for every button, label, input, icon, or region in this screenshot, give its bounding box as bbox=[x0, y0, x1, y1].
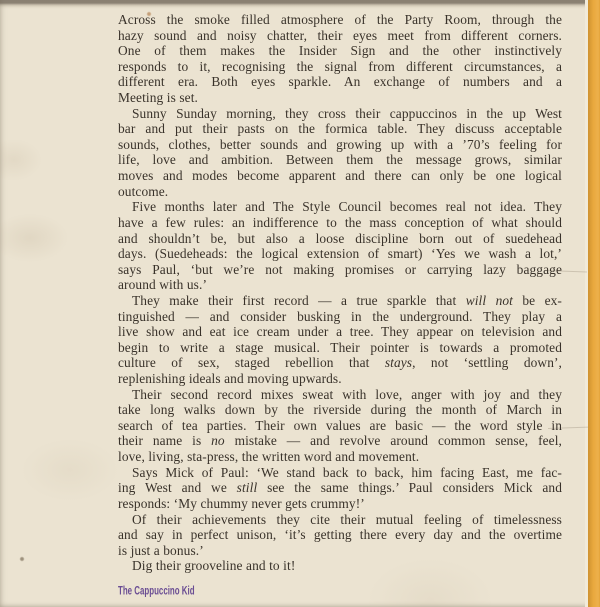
signature: The Cappuccino Kid bbox=[118, 585, 195, 598]
text-line: One of them makes the Insider Sign and t… bbox=[118, 43, 562, 59]
paragraph: Their second record mixes sweat with lov… bbox=[118, 387, 562, 465]
top-edge-shadow bbox=[0, 0, 600, 9]
text-line: responds to it, recognising the signal f… bbox=[118, 59, 562, 75]
text-line: take long walks down by the riverside du… bbox=[118, 402, 562, 418]
text-line: culture of sex, staged rebellion that st… bbox=[118, 355, 562, 371]
text-line: and shouldn’t be, but also a loose disci… bbox=[118, 231, 562, 247]
text-line: They make their first record — a true sp… bbox=[118, 293, 562, 309]
text-line: Sunny Sunday morning, they cross their c… bbox=[118, 106, 562, 122]
text-line: love, living, sta-press, the written wor… bbox=[118, 449, 562, 465]
record-sleeve-scan: Across the smoke filled atmosphere of th… bbox=[0, 0, 600, 607]
text-line: Five months later and The Style Council … bbox=[118, 199, 562, 215]
text-line: says Paul, ‘but we’re not making promise… bbox=[118, 262, 562, 278]
text-line: search of tea parties. Their own values … bbox=[118, 418, 562, 434]
yellow-accent-strip bbox=[588, 0, 600, 607]
text-line: tinguished — and consider busking in the… bbox=[118, 309, 562, 325]
text-line: and say in perfect unison, ‘it’s getting… bbox=[118, 527, 562, 543]
paragraph: Five months later and The Style Council … bbox=[118, 199, 562, 293]
text-line: Says Mick of Paul: ‘We stand back to bac… bbox=[118, 465, 562, 481]
text-line: Of their achievements they cite their mu… bbox=[118, 512, 562, 528]
text-line: ing West and we still see the same thing… bbox=[118, 480, 562, 496]
text-line: sounds, clothes, better sounds and growi… bbox=[118, 137, 562, 153]
text-line: Their second record mixes sweat with lov… bbox=[118, 387, 562, 403]
text-line: responds: ‘My chummy never gets crummy!’ bbox=[118, 496, 562, 512]
text-line: different era. Both eyes sparkle. An exc… bbox=[118, 74, 562, 90]
text-line: outcome. bbox=[118, 184, 562, 200]
text-line: moves and modes become apparent and ther… bbox=[118, 168, 562, 184]
text-line: hazy sound and noisy chatter, their eyes… bbox=[118, 28, 562, 44]
notes-text-block: Across the smoke filled atmosphere of th… bbox=[118, 12, 562, 574]
paragraph: They make their first record — a true sp… bbox=[118, 293, 562, 387]
text-line: bar and put their pasts on the formica t… bbox=[118, 121, 562, 137]
paragraph: Sunny Sunday morning, they cross their c… bbox=[118, 106, 562, 200]
text-line: their name is no mistake — and revolve a… bbox=[118, 433, 562, 449]
text-line: is just a bonus.’ bbox=[118, 543, 562, 559]
paragraph: Dig their grooveline and to it! bbox=[118, 558, 562, 574]
text-line: live show and eat ice cream under a tree… bbox=[118, 324, 562, 340]
text-line: days. (Suedeheads: the logical extension… bbox=[118, 246, 562, 262]
text-line: begin to write a stage musical. Their po… bbox=[118, 340, 562, 356]
text-line: life, love and ambition. Between them th… bbox=[118, 152, 562, 168]
text-line: Meeting is set. bbox=[118, 90, 562, 106]
paragraph: Across the smoke filled atmosphere of th… bbox=[118, 12, 562, 106]
paragraph: Says Mick of Paul: ‘We stand back to bac… bbox=[118, 465, 562, 512]
paragraph: Of their achievements they cite their mu… bbox=[118, 512, 562, 559]
text-line: have a few rules: an indifference to the… bbox=[118, 215, 562, 231]
text-line: replenishing ideals and moving upwards. bbox=[118, 371, 562, 387]
text-line: Dig their grooveline and to it! bbox=[118, 558, 562, 574]
text-line: Across the smoke filled atmosphere of th… bbox=[118, 12, 562, 28]
text-line: around with us.’ bbox=[118, 277, 562, 293]
